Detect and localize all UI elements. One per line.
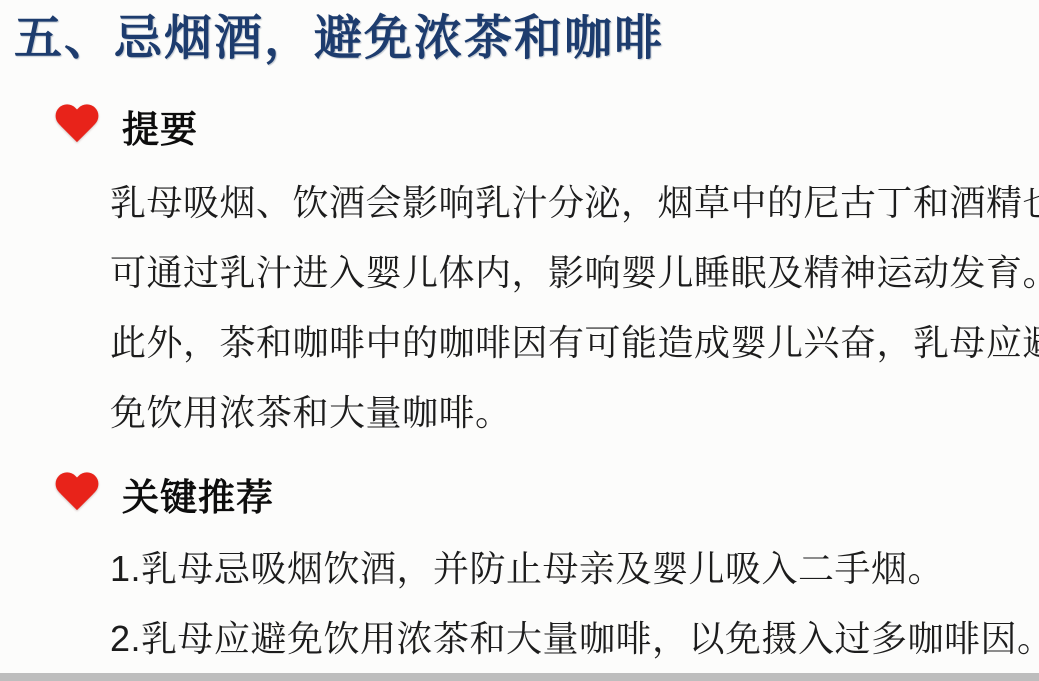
bottom-edge-bar (0, 673, 1039, 681)
slide-page: 五、忌烟酒，避免浓茶和咖啡 提要 乳母吸烟、饮酒会影响乳汁分泌，烟草中的尼古丁和… (0, 0, 1039, 681)
heart-icon (54, 473, 100, 515)
section-summary-heading: 提要 (122, 99, 198, 153)
summary-paragraph: 乳母吸烟、饮酒会影响乳汁分泌，烟草中的尼古丁和酒精也 可通过乳汁进入婴儿体内，影… (110, 168, 1039, 448)
page-title: 五、忌烟酒，避免浓茶和咖啡 (0, 0, 1039, 68)
recommendations-list: 1.乳母忌吸烟饮酒，并防止母亲及婴儿吸入二手烟。 2.乳母应避免饮用浓茶和大量咖… (110, 534, 1039, 674)
recommendation-item-2: 2.乳母应避免饮用浓茶和大量咖啡，以免摄入过多咖啡因。 (110, 604, 1039, 674)
summary-line-3: 此外，茶和咖啡中的咖啡因有可能造成婴儿兴奋，乳母应避 (110, 308, 1039, 378)
heart-icon (54, 105, 100, 147)
section-recommendations-heading: 关键推荐 (122, 467, 274, 521)
section-summary-heading-row: 提要 (54, 100, 1039, 152)
section-summary: 提要 乳母吸烟、饮酒会影响乳汁分泌，烟草中的尼古丁和酒精也 可通过乳汁进入婴儿体… (0, 100, 1039, 448)
section-recommendations: 关键推荐 1.乳母忌吸烟饮酒，并防止母亲及婴儿吸入二手烟。 2.乳母应避免饮用浓… (0, 468, 1039, 674)
summary-line-4: 免饮用浓茶和大量咖啡。 (110, 378, 1039, 448)
recommendation-item-1: 1.乳母忌吸烟饮酒，并防止母亲及婴儿吸入二手烟。 (110, 534, 1039, 604)
summary-line-1: 乳母吸烟、饮酒会影响乳汁分泌，烟草中的尼古丁和酒精也 (110, 168, 1039, 238)
summary-line-2: 可通过乳汁进入婴儿体内，影响婴儿睡眠及精神运动发育。 (110, 238, 1039, 308)
section-recommendations-heading-row: 关键推荐 (54, 468, 1039, 520)
